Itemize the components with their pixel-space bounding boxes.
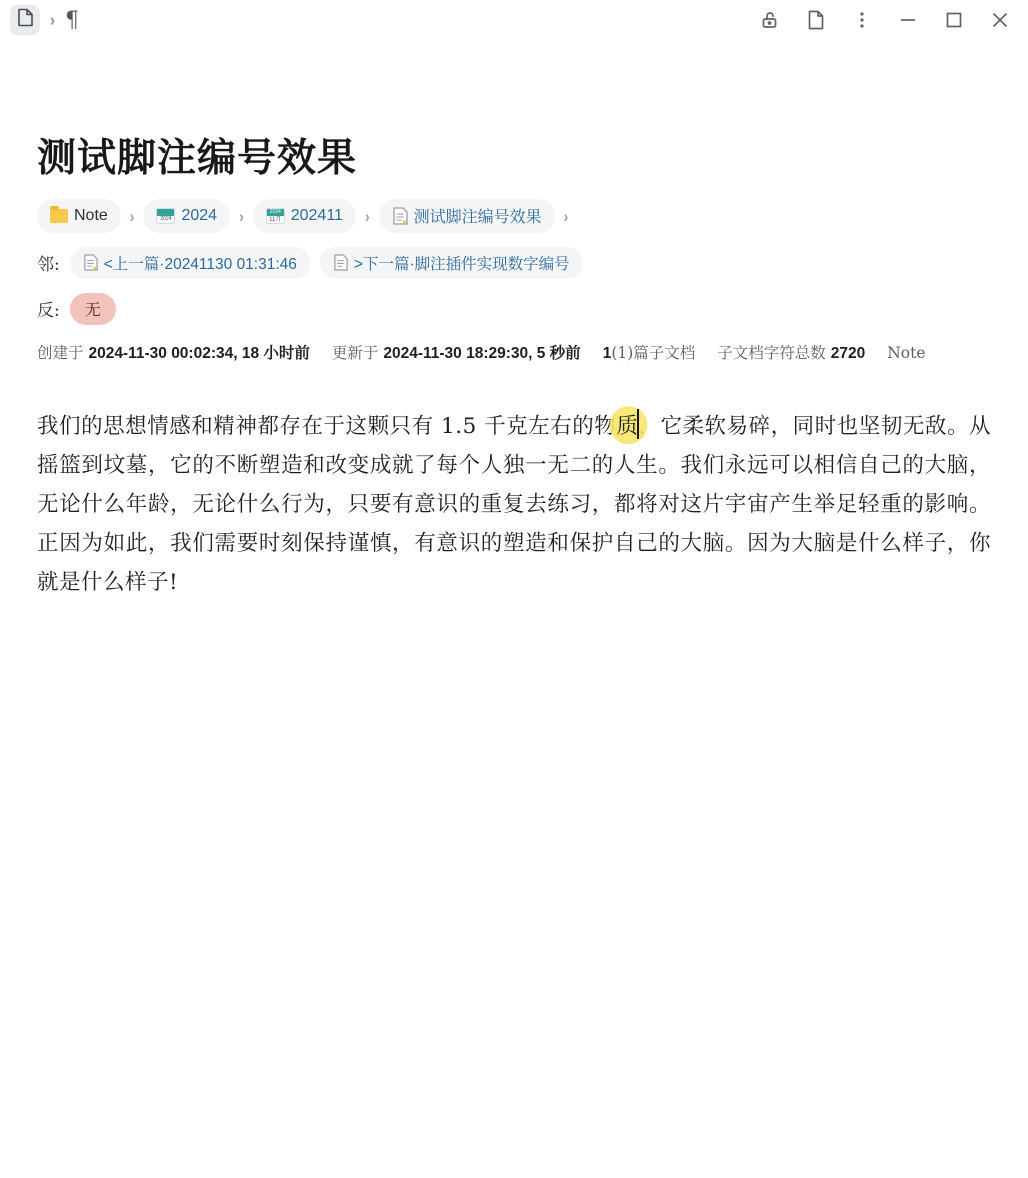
document-icon xyxy=(333,254,348,271)
close-button[interactable] xyxy=(984,4,1016,36)
backlinks-row: 反: 无 xyxy=(37,293,991,325)
calendar-month-icon: 2024 11月 xyxy=(266,208,285,224)
next-doc-link[interactable]: >下一篇·脚注插件实现数字编号 xyxy=(320,247,583,279)
chevron-right-icon: › xyxy=(559,206,574,225)
document-icon-button[interactable] xyxy=(10,5,40,35)
paragraph-text-after: ，它柔软易碎，同时也坚韧无敌。从摇篮到坟墓，它的不断塑造和改变成就了每个人独一无… xyxy=(37,414,991,595)
more-menu-icon[interactable] xyxy=(846,4,878,36)
backlinks-none-badge[interactable]: 无 xyxy=(70,293,116,325)
chevron-right-icon: › xyxy=(50,10,55,30)
breadcrumb-label: 测试脚注编号效果 xyxy=(414,204,542,227)
breadcrumb-label: 202411 xyxy=(291,207,343,225)
created-meta: 创建于 2024-11-30 00:02:34, 18 小时前 xyxy=(37,341,310,363)
maximize-button[interactable] xyxy=(938,4,970,36)
document-icon xyxy=(83,254,98,271)
neighbors-label: 邻: xyxy=(37,250,60,275)
next-doc-label: >下一篇·脚注插件实现数字编号 xyxy=(354,252,570,274)
document-icon xyxy=(17,8,34,32)
breadcrumb-label: 2024 xyxy=(181,207,217,225)
doc-meta-line: 创建于 2024-11-30 00:02:34, 18 小时前 更新于 2024… xyxy=(37,341,991,363)
breadcrumb-month[interactable]: 2024 11月 202411 xyxy=(253,199,356,233)
editor-breadcrumb: › ¶ xyxy=(10,5,79,35)
breadcrumb-label: Note xyxy=(74,207,108,225)
chevron-right-icon: › xyxy=(125,206,140,225)
paragraph-mark-breadcrumb[interactable]: ¶ xyxy=(65,8,79,33)
char-count-meta: 子文档字符总数 2720 xyxy=(717,341,865,363)
new-document-icon[interactable] xyxy=(800,4,832,36)
minimize-button[interactable] xyxy=(892,4,924,36)
breadcrumb-current-doc[interactable]: 测试脚注编号效果 xyxy=(379,199,555,233)
prev-doc-link[interactable]: <上一篇·20241130 01:31:46 xyxy=(70,247,310,279)
breadcrumb-notebook[interactable]: Note xyxy=(37,199,121,233)
highlighted-character: 质 xyxy=(616,407,638,446)
subdocs-meta: 1(1)篇子文档 xyxy=(603,341,696,363)
chevron-right-icon: › xyxy=(360,206,375,225)
calendar-year-icon: 2024 xyxy=(156,208,175,224)
updated-meta: 更新于 2024-11-30 18:29:30, 5 秒前 xyxy=(332,341,581,363)
backlinks-label: 反: xyxy=(37,296,60,321)
unlock-icon[interactable] xyxy=(754,4,786,36)
chevron-right-icon: › xyxy=(234,206,249,225)
document-editor: 测试脚注编号效果 Note › 2024 2024 › 2024 11月 202… xyxy=(0,40,1028,602)
window-controls xyxy=(754,4,1016,36)
document-icon xyxy=(392,207,408,225)
breadcrumb-year[interactable]: 2024 2024 xyxy=(143,199,230,233)
folder-icon xyxy=(50,209,68,223)
prev-doc-label: <上一篇·20241130 01:31:46 xyxy=(104,252,297,274)
paragraph-text-before: 我们的思想情感和精神都存在于这颗只有 1.5 千克左右的物 xyxy=(37,414,616,439)
notebook-meta: Note xyxy=(887,344,925,362)
doc-breadcrumb: Note › 2024 2024 › 2024 11月 202411 › xyxy=(37,199,991,233)
page-title[interactable]: 测试脚注编号效果 xyxy=(37,136,991,183)
body-paragraph[interactable]: 我们的思想情感和精神都存在于这颗只有 1.5 千克左右的物质，它柔软易碎，同时也… xyxy=(37,407,991,602)
neighbors-row: 邻: <上一篇·20241130 01:31:46 >下一篇·脚注插件实现数字编… xyxy=(37,247,991,279)
window-topbar: › ¶ xyxy=(0,0,1028,40)
